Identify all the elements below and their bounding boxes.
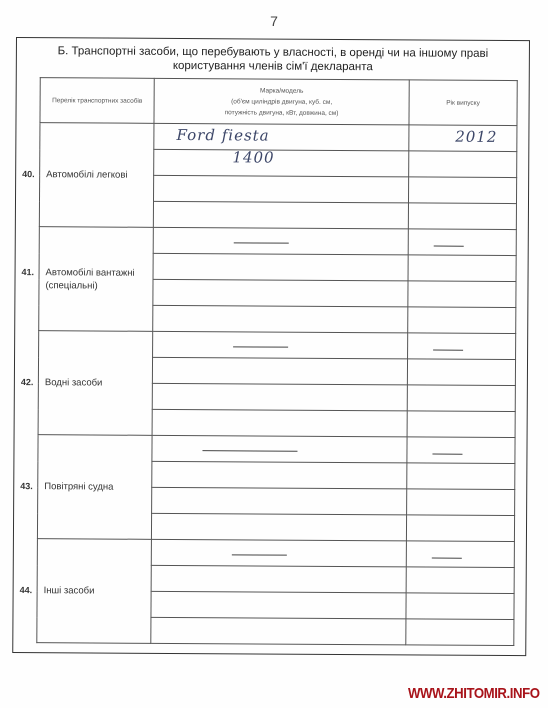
section-title: Б. Транспортні засоби, що перебувають у … — [17, 44, 529, 75]
empty-dash — [232, 554, 287, 555]
model-cell — [152, 435, 407, 463]
model-cell — [152, 487, 407, 515]
year-cell — [407, 463, 515, 490]
model-cell — [153, 227, 408, 255]
model-cell — [151, 591, 406, 619]
year-cell — [408, 203, 516, 230]
table-row: 41.Автомобілі вантажні (спеціальні) — [39, 227, 516, 256]
year-cell — [406, 515, 514, 542]
model-cell — [151, 565, 406, 593]
category-label: Інші засоби — [44, 585, 95, 596]
model-cell — [152, 461, 407, 489]
empty-dash — [234, 242, 289, 243]
category-cell: 40.Автомобілі легкові — [39, 123, 154, 228]
year-cell — [407, 359, 515, 386]
category-label: Водні засоби — [45, 377, 103, 388]
empty-dash — [432, 454, 462, 455]
year-cell — [407, 385, 515, 412]
category-number: 40. — [22, 168, 35, 181]
year-cell — [406, 541, 514, 568]
year-cell — [407, 437, 515, 464]
model-cell — [152, 513, 407, 541]
vehicles-table: Перелік транспортних засобів Марка/модел… — [36, 77, 517, 646]
category-cell: 42.Водні засоби — [38, 331, 153, 436]
category-label: Автомобілі вантажні (спеціальні) — [45, 266, 145, 293]
declaration-section-box: Б. Транспортні засоби, що перебувають у … — [12, 37, 530, 656]
year-cell — [408, 229, 516, 256]
model-cell: Ford fiesta — [154, 123, 409, 151]
category-number: 43. — [20, 480, 33, 493]
year-cell — [407, 411, 515, 438]
table-header-row: Перелік транспортних засобів Марка/модел… — [40, 78, 517, 126]
handwritten-model: Ford fiesta — [177, 126, 270, 145]
table-row: 43.Повітряні судна — [38, 435, 515, 464]
model-cell — [153, 305, 408, 333]
header-model-line3: потужність двигуна, кВт, довжина, см) — [155, 106, 409, 119]
page-number: 7 — [0, 13, 548, 29]
model-cell — [154, 201, 409, 229]
year-cell — [406, 567, 514, 594]
header-year: Рік випуску — [409, 80, 517, 126]
model-cell — [151, 539, 406, 567]
model-cell — [153, 279, 408, 307]
model-cell — [153, 253, 408, 281]
year-cell: 2012 — [409, 125, 517, 152]
category-cell: 43.Повітряні судна — [37, 435, 152, 540]
empty-dash — [432, 558, 462, 559]
empty-dash — [203, 450, 298, 452]
model-cell — [153, 331, 408, 359]
model-cell: 1400 — [154, 149, 409, 177]
category-number: 44. — [20, 584, 33, 597]
year-cell — [408, 177, 516, 204]
handwritten-engine: 1400 — [232, 148, 274, 166]
category-number: 42. — [21, 376, 34, 389]
year-cell — [408, 307, 516, 334]
header-model: Марка/модель (об'єм циліндрів двигуна, к… — [154, 78, 409, 125]
year-cell — [408, 281, 516, 308]
year-cell — [408, 151, 516, 178]
model-cell — [151, 617, 406, 645]
empty-dash — [433, 350, 463, 351]
table-row: 40.Автомобілі легковіFord fiesta2012 — [40, 123, 517, 152]
empty-dash — [233, 346, 288, 347]
model-cell — [154, 175, 409, 203]
year-cell — [406, 593, 514, 620]
category-cell: 44.Інші засоби — [37, 539, 152, 644]
category-number: 41. — [22, 266, 35, 279]
year-cell — [408, 255, 516, 282]
model-cell — [152, 383, 407, 411]
model-cell — [153, 357, 408, 385]
category-cell: 41.Автомобілі вантажні (спеціальні) — [39, 227, 154, 332]
year-cell — [407, 333, 515, 360]
header-list: Перелік транспортних засобів — [40, 78, 154, 124]
category-label: Автомобілі легкові — [46, 169, 127, 180]
handwritten-year: 2012 — [455, 128, 497, 146]
empty-dash — [434, 246, 464, 247]
table-row: 44.Інші засоби — [37, 539, 514, 568]
table-row: 42.Водні засоби — [39, 331, 516, 360]
watermark: WWW.ZHITOMIR.INFO — [408, 685, 540, 702]
year-cell — [406, 489, 514, 516]
model-cell — [152, 409, 407, 437]
year-cell — [406, 619, 514, 646]
category-label: Повітряні судна — [44, 481, 113, 492]
